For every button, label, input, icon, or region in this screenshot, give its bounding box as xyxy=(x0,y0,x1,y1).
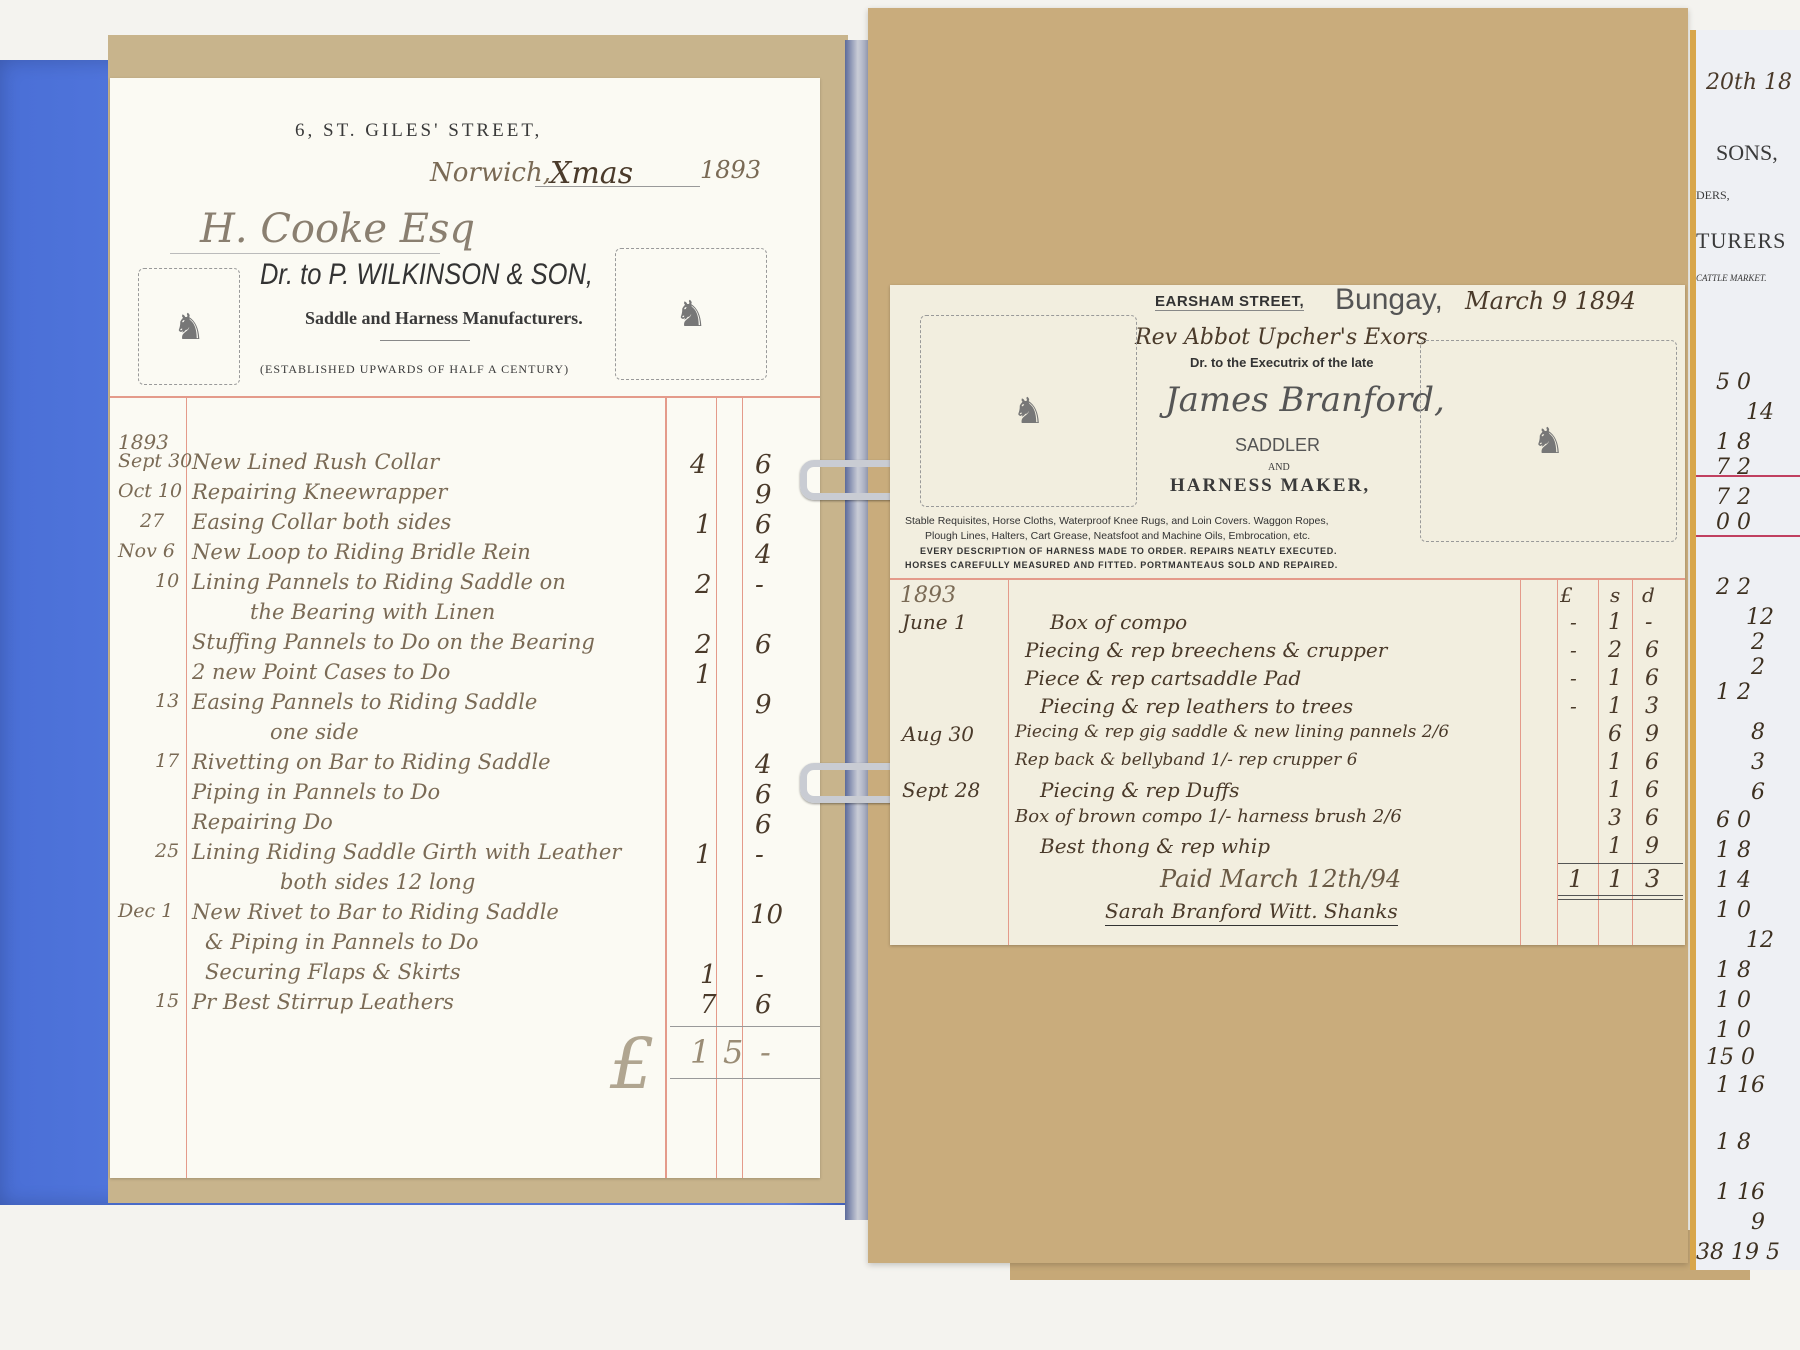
line-item: both sides 12 long xyxy=(110,870,820,900)
customer-name: Rev Abbot Upcher's Exors xyxy=(1135,325,1428,350)
ledger-value: 0 0 xyxy=(1716,510,1800,535)
signature: Sarah Branford Witt. Shanks xyxy=(1105,899,1398,926)
year-label: 1893 xyxy=(900,583,956,608)
ledger-value: 9 xyxy=(1751,1210,1800,1235)
ledger-value: 7 2 xyxy=(1716,455,1800,480)
ledger-value: 1 16 xyxy=(1716,1073,1800,1098)
line-item: Aug 30Piecing & rep gig saddle & new lin… xyxy=(890,722,1685,750)
blanketed-horse-illustration-icon: ♞ xyxy=(615,248,767,380)
ledger-value: 1 2 xyxy=(1716,680,1800,705)
line-item: Piecing & rep leathers to trees-13 xyxy=(890,694,1685,722)
paid-note: Paid March 12th/94 xyxy=(1160,865,1401,893)
ledger-value: 1 8 xyxy=(1716,838,1800,863)
line-item: Piping in Pannels to Do6 xyxy=(110,780,820,810)
line-item: & Piping in Pannels to Do xyxy=(110,930,820,960)
ledger-value: 2 xyxy=(1751,630,1800,655)
pence-header: d xyxy=(1642,583,1655,607)
total-pounds: 1 xyxy=(690,1033,710,1071)
invoice-street: EARSHAM STREET, xyxy=(1155,293,1304,311)
ledger-value: 2 xyxy=(1751,655,1800,680)
shillings-header: s xyxy=(1610,583,1620,607)
cart-horse-illustration-icon: ♞ xyxy=(1420,340,1677,542)
line-item: June 1Box of compo-1- xyxy=(890,610,1685,638)
line-item: Stuffing Pannels to Do on the Bearing26 xyxy=(110,630,820,660)
customer-name: H. Cooke Esq xyxy=(200,206,475,252)
ledger-heading-market: CATTLE MARKET. xyxy=(1696,273,1767,283)
customer-rule xyxy=(170,253,440,254)
line-item: Piece & rep cartsaddle Pad-16 xyxy=(890,666,1685,694)
line-item: Repairing Do6 xyxy=(110,810,820,840)
trade-description: Saddle and Harness Manufacturers. xyxy=(305,308,583,329)
background-ledger-page: 20th 18 SONS, DERS, TURERS CATTLE MARKET… xyxy=(1690,30,1800,1270)
invoice-town: Bungay, xyxy=(1335,283,1443,317)
proprietor-name: James Branford, xyxy=(1165,380,1445,420)
ledger-value: 14 xyxy=(1746,400,1800,425)
line-item: 2 new Point Cases to Do1 xyxy=(110,660,820,690)
ledger-value: 6 0 xyxy=(1716,808,1800,833)
ledger-total: 38 19 5 xyxy=(1696,1240,1786,1265)
total-pence: 3 xyxy=(1645,865,1660,893)
invoice-address: 6, ST. GILES' STREET, xyxy=(295,120,542,142)
ornament-rule xyxy=(380,340,470,341)
line-item: 13Easing Pannels to Riding Saddle9 xyxy=(110,690,820,720)
line-item: Sept 28Piecing & rep Duffs16 xyxy=(890,778,1685,806)
ledger-value: 1 0 xyxy=(1716,988,1800,1013)
ledger-value: 6 xyxy=(1751,780,1800,805)
ledger-value: 1 4 xyxy=(1716,868,1800,893)
total-shillings: 5 xyxy=(723,1033,743,1071)
line-item: Sept 30New Lined Rush Collar46 xyxy=(110,450,820,480)
ledger-value: 12 xyxy=(1746,605,1800,630)
ledger-value: 1 8 xyxy=(1716,1130,1800,1155)
line-item: Dec 1New Rivet to Bar to Riding Saddle10 xyxy=(110,900,820,930)
invoice-date: March 9 1894 xyxy=(1465,287,1636,315)
ledger-value: 1 8 xyxy=(1716,958,1800,983)
ledger-value: 1 8 xyxy=(1716,430,1800,455)
ad-line-2: Plough Lines, Halters, Cart Grease, Neat… xyxy=(925,530,1310,542)
ledger-value: 12 xyxy=(1746,928,1800,953)
dr-line: Dr. to the Executrix of the late xyxy=(1190,355,1374,370)
line-item: Box of brown compo 1/- harness brush 2/6… xyxy=(890,806,1685,834)
total-pounds: 1 xyxy=(1568,865,1583,893)
trade-harness-maker: HARNESS MAKER, xyxy=(1170,475,1370,497)
established-text: (ESTABLISHED UPWARDS OF HALF A CENTURY) xyxy=(260,362,569,377)
line-item: 10Lining Pannels to Riding Saddle on2- xyxy=(110,570,820,600)
line-item: Best thong & rep whip19 xyxy=(890,834,1685,862)
trade-saddler: SADDLER xyxy=(1235,435,1320,456)
total-rule-top xyxy=(1558,863,1683,864)
ledger-value: 1 0 xyxy=(1716,898,1800,923)
firm-name: Dr. to P. WILKINSON & SON, xyxy=(260,258,593,292)
ledger-value: 3 xyxy=(1751,750,1800,775)
ledger-value: 1 0 xyxy=(1716,1018,1800,1043)
total-pound-symbol: £ xyxy=(610,1023,655,1105)
line-item: 27Easing Collar both sides16 xyxy=(110,510,820,540)
ad-line-4: HORSES CAREFULLY MEASURED AND FITTED. PO… xyxy=(905,560,1338,570)
line-item: the Bearing with Linen xyxy=(110,600,820,630)
total-rule-bottom xyxy=(1558,895,1683,900)
trade-and: AND xyxy=(1268,462,1290,473)
ledger-value: 5 0 xyxy=(1716,370,1800,395)
line-item: Piecing & rep breechens & crupper-26 xyxy=(890,638,1685,666)
horse-illustration-icon: ♞ xyxy=(138,268,240,385)
line-item: Nov 6New Loop to Riding Bridle Rein4 xyxy=(110,540,820,570)
ledger-value: 1 16 xyxy=(1716,1180,1800,1205)
branford-invoice: EARSHAM STREET, Bungay, March 9 1894 Rev… xyxy=(890,285,1685,945)
total-rule-top xyxy=(670,1026,820,1027)
line-item: Oct 10Repairing Kneewrapper9 xyxy=(110,480,820,510)
ledger-heading-ders: DERS, xyxy=(1696,188,1730,203)
invoice-date-year: 1893 xyxy=(700,156,761,184)
ad-line-1: Stable Requisites, Horse Cloths, Waterpr… xyxy=(905,515,1329,527)
ledger-heading-sons: SONS, xyxy=(1716,140,1778,166)
draft-horse-illustration-icon: ♞ xyxy=(920,315,1137,507)
wilkinson-invoice: 6, ST. GILES' STREET, Norwich, Xmas 1893… xyxy=(110,78,820,1178)
header-rule xyxy=(890,578,1685,580)
ledger-date: 20th 18 xyxy=(1706,70,1792,95)
total-shillings: 1 xyxy=(1608,865,1623,893)
pounds-header: £ xyxy=(1560,583,1573,607)
line-item: 25Lining Riding Saddle Girth with Leathe… xyxy=(110,840,820,870)
ledger-heading-turers: TURERS xyxy=(1696,228,1786,254)
line-item: Rep back & bellyband 1/- rep crupper 616 xyxy=(890,750,1685,778)
line-item: one side xyxy=(110,720,820,750)
ledger-value: 7 2 xyxy=(1716,485,1800,510)
invoice-place: Norwich, xyxy=(430,158,551,188)
date-rule xyxy=(535,186,700,187)
total-pence: - xyxy=(760,1033,771,1071)
line-item: 17Rivetting on Bar to Riding Saddle4 xyxy=(110,750,820,780)
ledger-value: 15 0 xyxy=(1706,1045,1796,1070)
header-rule xyxy=(110,396,820,398)
binder-ring-top xyxy=(800,460,904,500)
ledger-value: 2 2 xyxy=(1716,575,1800,600)
total-rule-bottom xyxy=(670,1078,820,1079)
line-item: 15Pr Best Stirrup Leathers76 xyxy=(110,990,820,1020)
ad-line-3: EVERY DESCRIPTION OF HARNESS MADE TO ORD… xyxy=(920,546,1337,556)
binder-ring-bottom xyxy=(800,763,904,803)
line-item: Securing Flaps & Skirts1- xyxy=(110,960,820,990)
ledger-value: 8 xyxy=(1751,720,1800,745)
ledger-rule-2 xyxy=(1696,535,1800,537)
